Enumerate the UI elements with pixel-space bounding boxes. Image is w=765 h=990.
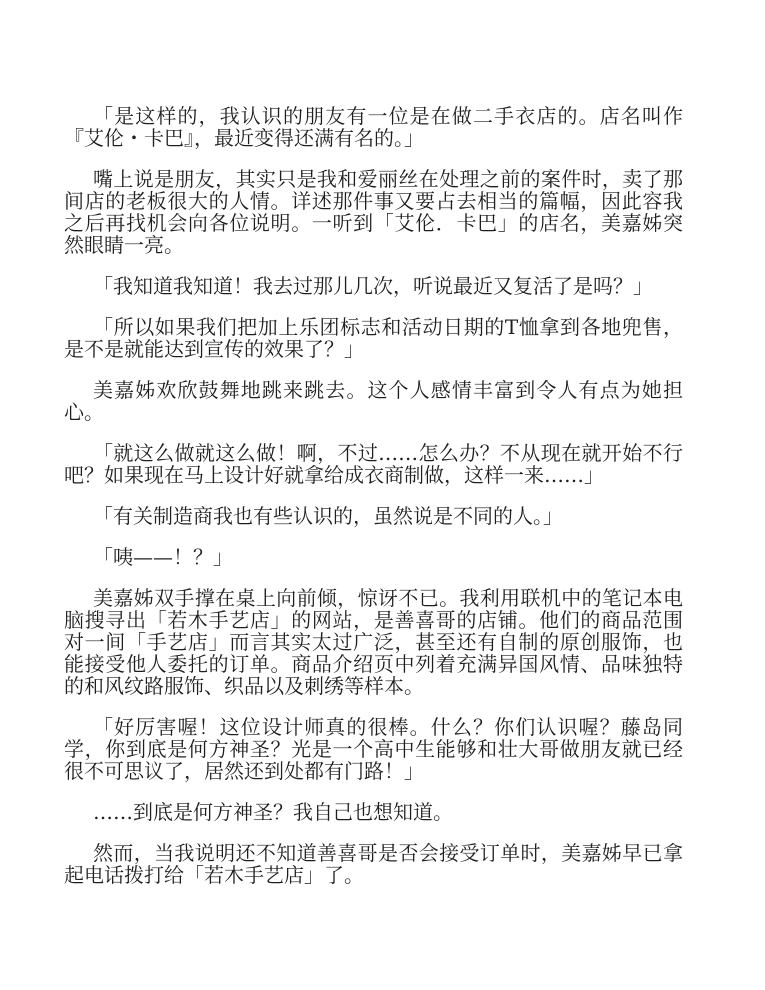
novel-paragraph: 「所以如果我们把加上乐团标志和活动日期的T恤拿到各地兜售，是不是就能达到宣传的效… <box>64 316 683 360</box>
novel-paragraph: 「我知道我知道！我去过那儿几次，听说最近又复活了是吗？」 <box>64 275 683 297</box>
novel-paragraph: 「有关制造商我也有些认识的，虽然说是不同的人。」 <box>64 505 683 527</box>
book-page: 「是这样的，我认识的朋友有一位是在做二手衣店的。店名叫作『艾伦・卡巴』，最近变得… <box>0 0 765 990</box>
novel-paragraph: 「是这样的，我认识的朋友有一位是在做二手衣店的。店名叫作『艾伦・卡巴』，最近变得… <box>64 105 683 149</box>
novel-paragraph: 「好厉害喔！这位设计师真的很棒。什么？你们认识喔？藤岛同学，你到底是何方神圣？光… <box>64 716 683 782</box>
novel-paragraph: 美嘉姊欢欣鼓舞地跳来跳去。这个人感情丰富到令人有点为她担心。 <box>64 379 683 423</box>
novel-paragraph: 「就这么做就这么做！啊，不过……怎么办？不从现在就开始不行吧？如果现在马上设计好… <box>64 442 683 486</box>
novel-paragraph: 嘴上说是朋友，其实只是我和爱丽丝在处理之前的案件时，卖了那间店的老板很大的人情。… <box>64 168 683 256</box>
novel-paragraph: 「咦——！？」 <box>64 546 683 568</box>
novel-paragraph: 美嘉姊双手撑在桌上向前倾，惊讶不已。我利用联机中的笔记本电脑搜寻出「若木手艺店」… <box>64 587 683 697</box>
novel-paragraph: 然而，当我说明还不知道善喜哥是否会接受订单时，美嘉姊早已拿起电话拨打给「若木手艺… <box>64 842 683 886</box>
novel-paragraph: ……到底是何方神圣？我自己也想知道。 <box>64 801 683 823</box>
